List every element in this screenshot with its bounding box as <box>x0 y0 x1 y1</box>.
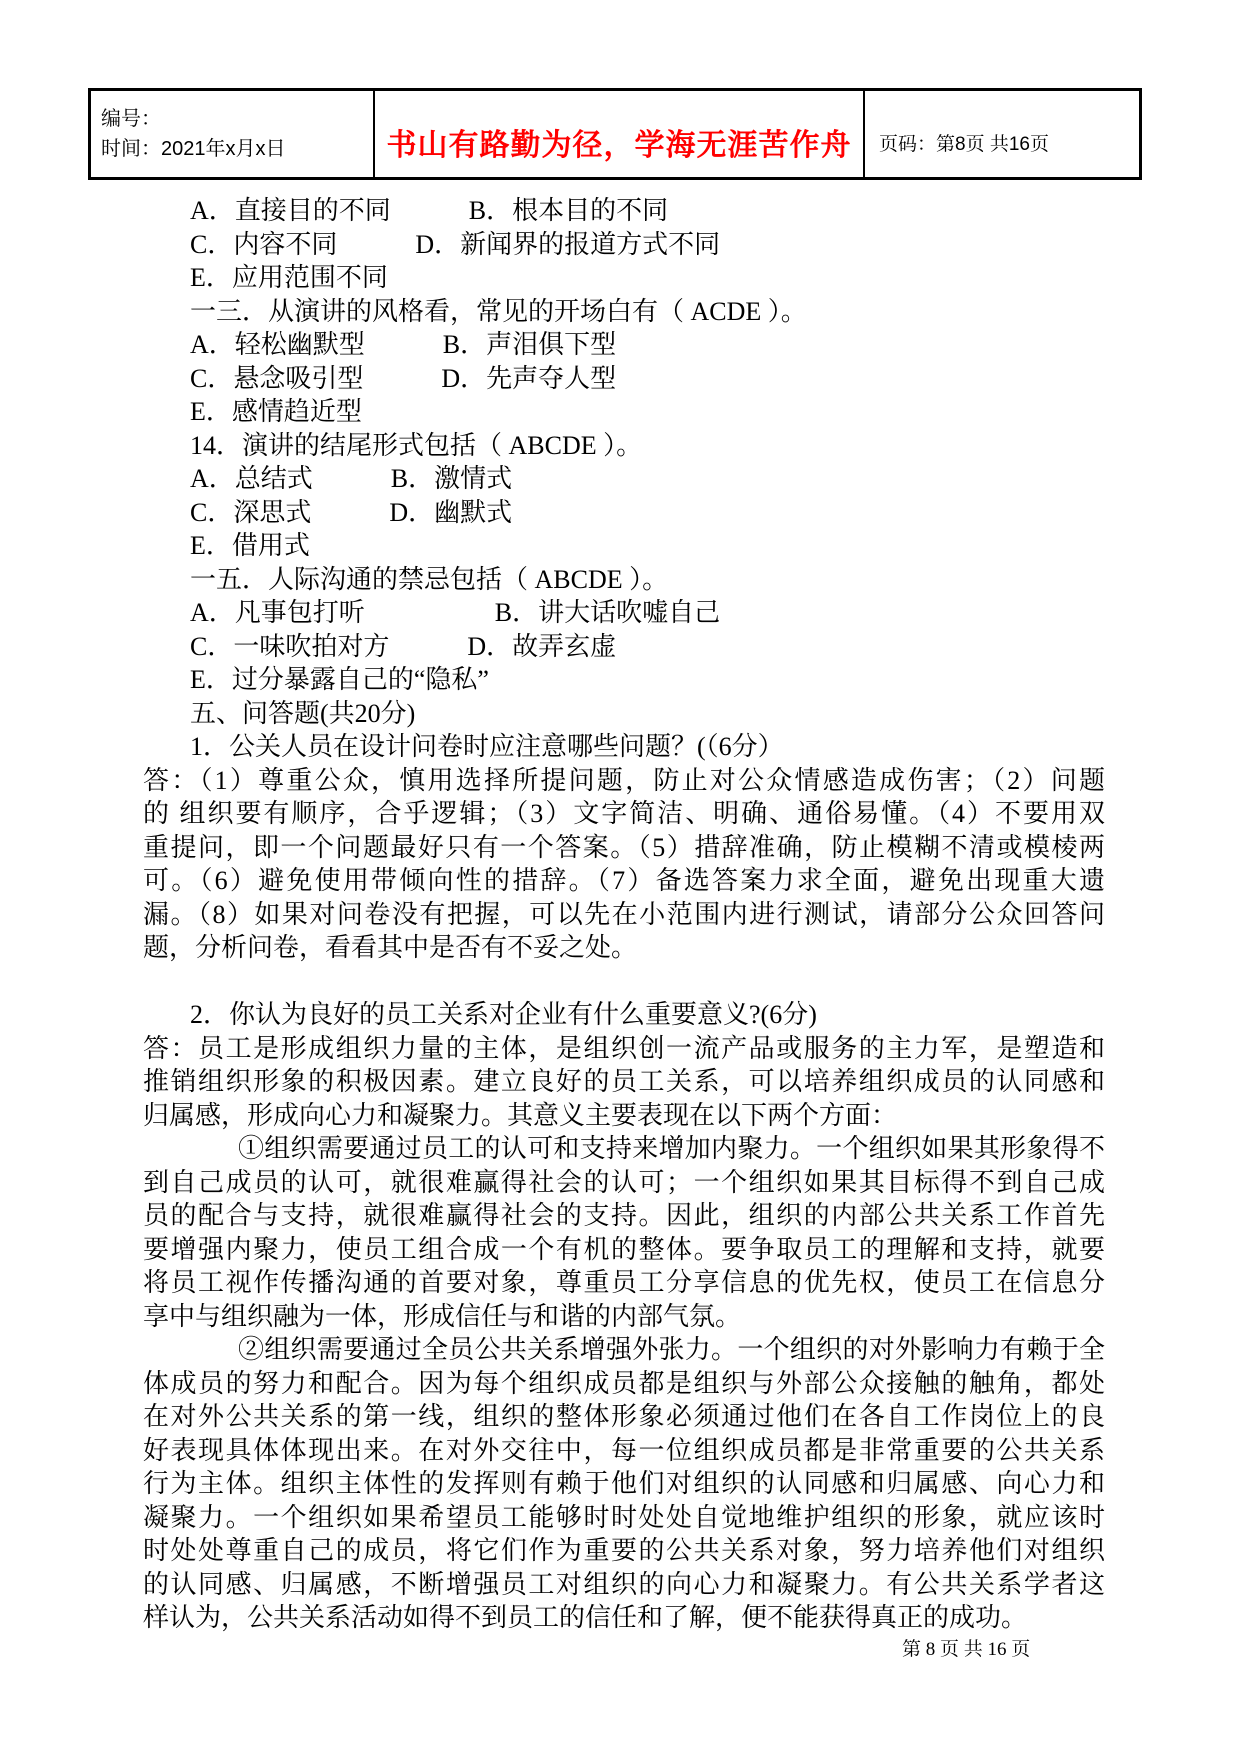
text-line: 一五．人际沟通的禁忌包括（ ABCDE ）。 <box>143 563 1105 597</box>
text-line: 的 组织要有顺序，合乎逻辑；（3）文字简洁、明确、通俗易懂。（4）不要用双 <box>143 797 1105 831</box>
blank-line <box>143 965 1105 999</box>
text-line: E．感情趋近型 <box>143 395 1105 429</box>
text-line: 一三．从演讲的风格看，常见的开场白有（ ACDE ）。 <box>143 295 1105 329</box>
text-line: 要增强内聚力，使员工组合成一个有机的整体。要争取员工的理解和支持，就要 <box>143 1233 1105 1267</box>
text-line: 答：员工是形成组织力量的主体，是组织创一流产品或服务的主力军，是塑造和 <box>143 1032 1105 1066</box>
text-line: E．借用式 <box>143 529 1105 563</box>
text-line: 行为主体。组织主体性的发挥则有赖于他们对组织的认同感和归属感、向心力和 <box>143 1467 1105 1501</box>
doc-time-label: 时间：2021年x月x日 <box>101 134 373 164</box>
text-line: 推销组织形象的积极因素。建立良好的员工关系，可以培养组织成员的认同感和 <box>143 1065 1105 1099</box>
document-page: 编号： 时间：2021年x月x日 书山有路勤为径，学海无涯苦作舟 页码：第8页 … <box>0 0 1241 1754</box>
text-line: 好表现具体体现出来。在对外交往中，每一位组织成员都是非常重要的公共关系 <box>143 1434 1105 1468</box>
text-line: ②组织需要通过全员公共关系增强外张力。一个组织的对外影响力有赖于全 <box>143 1333 1105 1367</box>
text-line: 归属感，形成向心力和凝聚力。其意义主要表现在以下两个方面： <box>143 1099 1105 1133</box>
header-page-cell: 页码：第8页 共16页 <box>865 91 1139 177</box>
text-line: 时处处尊重自己的成员，将它们作为重要的公共关系对象，努力培养他们对组织 <box>143 1534 1105 1568</box>
text-line: 2．你认为良好的员工关系对企业有什么重要意义?(6分) <box>143 998 1105 1032</box>
text-line: E．应用范围不同 <box>143 261 1105 295</box>
text-line: 员的配合与支持，就很难赢得社会的支持。因此，组织的内部公共关系工作首先 <box>143 1199 1105 1233</box>
text-line: C．内容不同 D．新闻界的报道方式不同 <box>143 228 1105 262</box>
text-line: 样认为，公共关系活动如得不到员工的信任和了解，便不能获得真正的成功。 <box>143 1601 1105 1635</box>
text-line: A．轻松幽默型 B．声泪俱下型 <box>143 328 1105 362</box>
text-line: 答：（1）尊重公众，慎用选择所提问题，防止对公众情感造成伤害；（2）问题 <box>143 764 1105 798</box>
text-line: A．总结式 B．激情式 <box>143 462 1105 496</box>
text-line: 将员工视作传播沟通的首要对象，尊重员工分享信息的优先权，使员工在信息分 <box>143 1266 1105 1300</box>
text-line: 1．公关人员在设计问卷时应注意哪些问题？(（6分） <box>143 730 1105 764</box>
text-line: 的认同感、归属感，不断增强员工对组织的向心力和凝聚力。有公共关系学者这 <box>143 1568 1105 1602</box>
header-left-cell: 编号： 时间：2021年x月x日 <box>91 91 373 177</box>
text-line: 漏。（8）如果对问卷没有把握，可以先在小范围内进行测试，请部分公众回答问 <box>143 898 1105 932</box>
header-page-label: 页码：第8页 共16页 <box>879 129 1139 156</box>
header-table: 编号： 时间：2021年x月x日 书山有路勤为径，学海无涯苦作舟 页码：第8页 … <box>88 88 1142 180</box>
text-line: 享中与组织融为一体，形成信任与和谐的内部气氛。 <box>143 1300 1105 1334</box>
text-line: ①组织需要通过员工的认可和支持来增加内聚力。一个组织如果其形象得不 <box>143 1132 1105 1166</box>
text-line: 在对外公共关系的第一线，组织的整体形象必须通过他们在各自工作岗位上的良 <box>143 1400 1105 1434</box>
header-slogan-cell: 书山有路勤为径，学海无涯苦作舟 <box>373 91 865 177</box>
text-line: A．凡事包打听 B．讲大话吹嘘自己 <box>143 596 1105 630</box>
document-body: A．直接目的不同 B．根本目的不同C．内容不同 D．新闻界的报道方式不同E．应用… <box>143 194 1105 1635</box>
text-line: 14．演讲的结尾形式包括（ ABCDE ）。 <box>143 429 1105 463</box>
text-line: 题，分析问卷，看看其中是否有不妥之处。 <box>143 931 1105 965</box>
text-line: 重提问，即一个问题最好只有一个答案。（5）措辞准确，防止模糊不清或模棱两 <box>143 831 1105 865</box>
text-line: C．一味吹拍对方 D．故弄玄虚 <box>143 630 1105 664</box>
doc-number-label: 编号： <box>101 104 373 134</box>
footer-page-number: 第 8 页 共 16 页 <box>902 1634 1030 1661</box>
text-line: E．过分暴露自己的“隐私” <box>143 663 1105 697</box>
text-line: 体成员的努力和配合。因为每个组织成员都是组织与外部公众接触的触角，都处 <box>143 1367 1105 1401</box>
text-line: 到自己成员的认可，就很难赢得社会的认可；一个组织如果其目标得不到自己成 <box>143 1166 1105 1200</box>
text-line: A．直接目的不同 B．根本目的不同 <box>143 194 1105 228</box>
text-line: 五、问答题(共20分) <box>143 697 1105 731</box>
text-line: 凝聚力。一个组织如果希望员工能够时时处处自觉地维护组织的形象，就应该时 <box>143 1501 1105 1535</box>
text-line: C．深思式 D．幽默式 <box>143 496 1105 530</box>
header-slogan: 书山有路勤为径，学海无涯苦作舟 <box>387 120 852 164</box>
text-line: C．悬念吸引型 D．先声夺人型 <box>143 362 1105 396</box>
text-line: 可。（6）避免使用带倾向性的措辞。（7）备选答案力求全面，避免出现重大遗 <box>143 864 1105 898</box>
